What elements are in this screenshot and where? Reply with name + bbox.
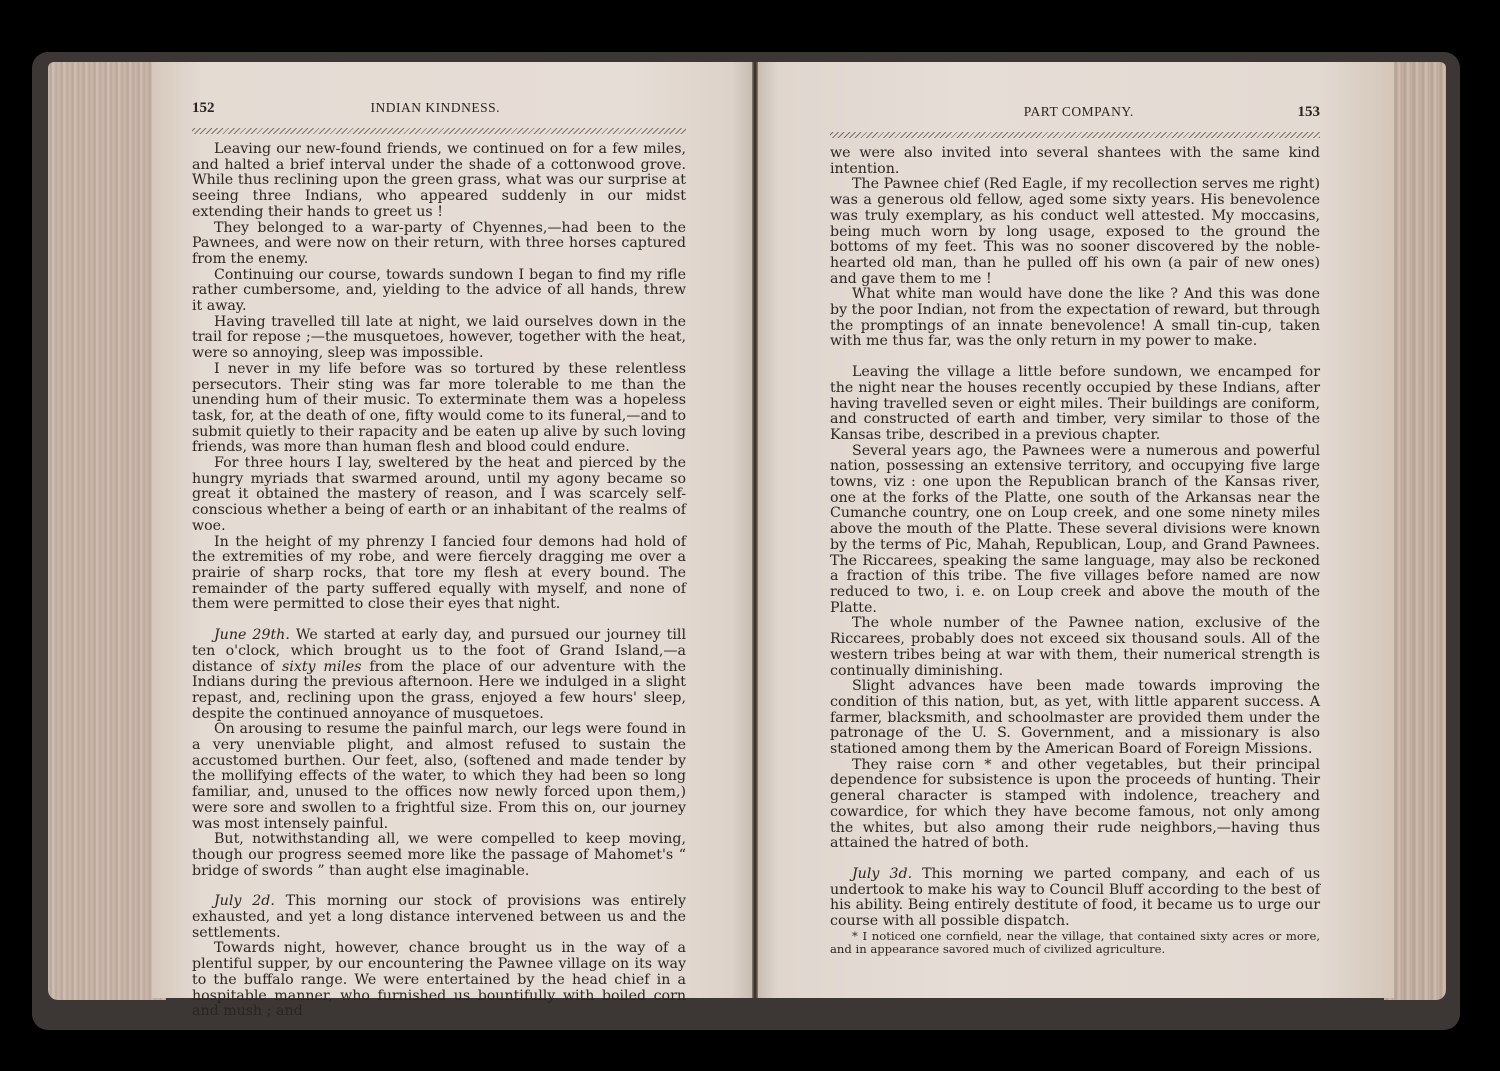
- right-page-text: PART COMPANY. 153 we were also invited i…: [830, 104, 1320, 956]
- paragraph: Leaving the village a little before sund…: [830, 365, 1320, 444]
- entry-date: June 29th.: [214, 627, 290, 643]
- dated-paragraph: July 3d. This morning we parted company,…: [830, 867, 1320, 930]
- wavy-rule: [830, 132, 1320, 138]
- left-page-text: 152 INDIAN KINDNESS. Leaving our new-fou…: [192, 100, 686, 1020]
- paragraph: In the height of my phrenzy I fancied fo…: [192, 535, 686, 614]
- paragraph: Towards night, however, chance brought u…: [192, 941, 686, 1020]
- paragraph: But, notwithstanding all, we were compel…: [192, 832, 686, 879]
- right-running-head: PART COMPANY. 153: [830, 104, 1320, 126]
- paragraph: What white man would have done the like …: [830, 287, 1320, 350]
- entry-date: July 3d.: [852, 866, 912, 882]
- paragraph: They belonged to a war-party of Chyennes…: [192, 221, 686, 268]
- wavy-rule: [192, 128, 686, 134]
- entry-date: July 2d.: [214, 893, 275, 909]
- page-number: 152: [192, 101, 215, 117]
- paragraph: They raise corn * and other vegetables, …: [830, 758, 1320, 852]
- paragraph: we were also invited into several shante…: [830, 146, 1320, 177]
- dated-paragraph: June 29th. We started at early day, and …: [192, 628, 686, 722]
- paragraph: The whole number of the Pawnee nation, e…: [830, 616, 1320, 679]
- running-head-title: INDIAN KINDNESS.: [371, 100, 501, 116]
- paragraph: Having travelled till late at night, we …: [192, 315, 686, 362]
- footnote: * I noticed one cornfield, near the vill…: [830, 930, 1320, 956]
- paragraph: For three hours I lay, sweltered by the …: [192, 456, 686, 535]
- running-head-title: PART COMPANY.: [1024, 104, 1134, 120]
- left-running-head: 152 INDIAN KINDNESS.: [192, 100, 686, 122]
- paragraph: The Pawnee chief (Red Eagle, if my recol…: [830, 177, 1320, 287]
- paragraph: Several years ago, the Pawnees were a nu…: [830, 444, 1320, 617]
- emphasis: sixty miles: [282, 659, 362, 675]
- paragraph: Leaving our new-found friends, we contin…: [192, 142, 686, 221]
- page-edges-left: [48, 62, 166, 1000]
- page-number: 153: [1298, 105, 1321, 121]
- paragraph: On arousing to resume the painful march,…: [192, 722, 686, 832]
- paragraph: Slight advances have been made towards i…: [830, 679, 1320, 758]
- dated-paragraph: July 2d. This morning our stock of provi…: [192, 894, 686, 941]
- paragraph: Continuing our course, towards sundown I…: [192, 268, 686, 315]
- paragraph: I never in my life before was so torture…: [192, 362, 686, 456]
